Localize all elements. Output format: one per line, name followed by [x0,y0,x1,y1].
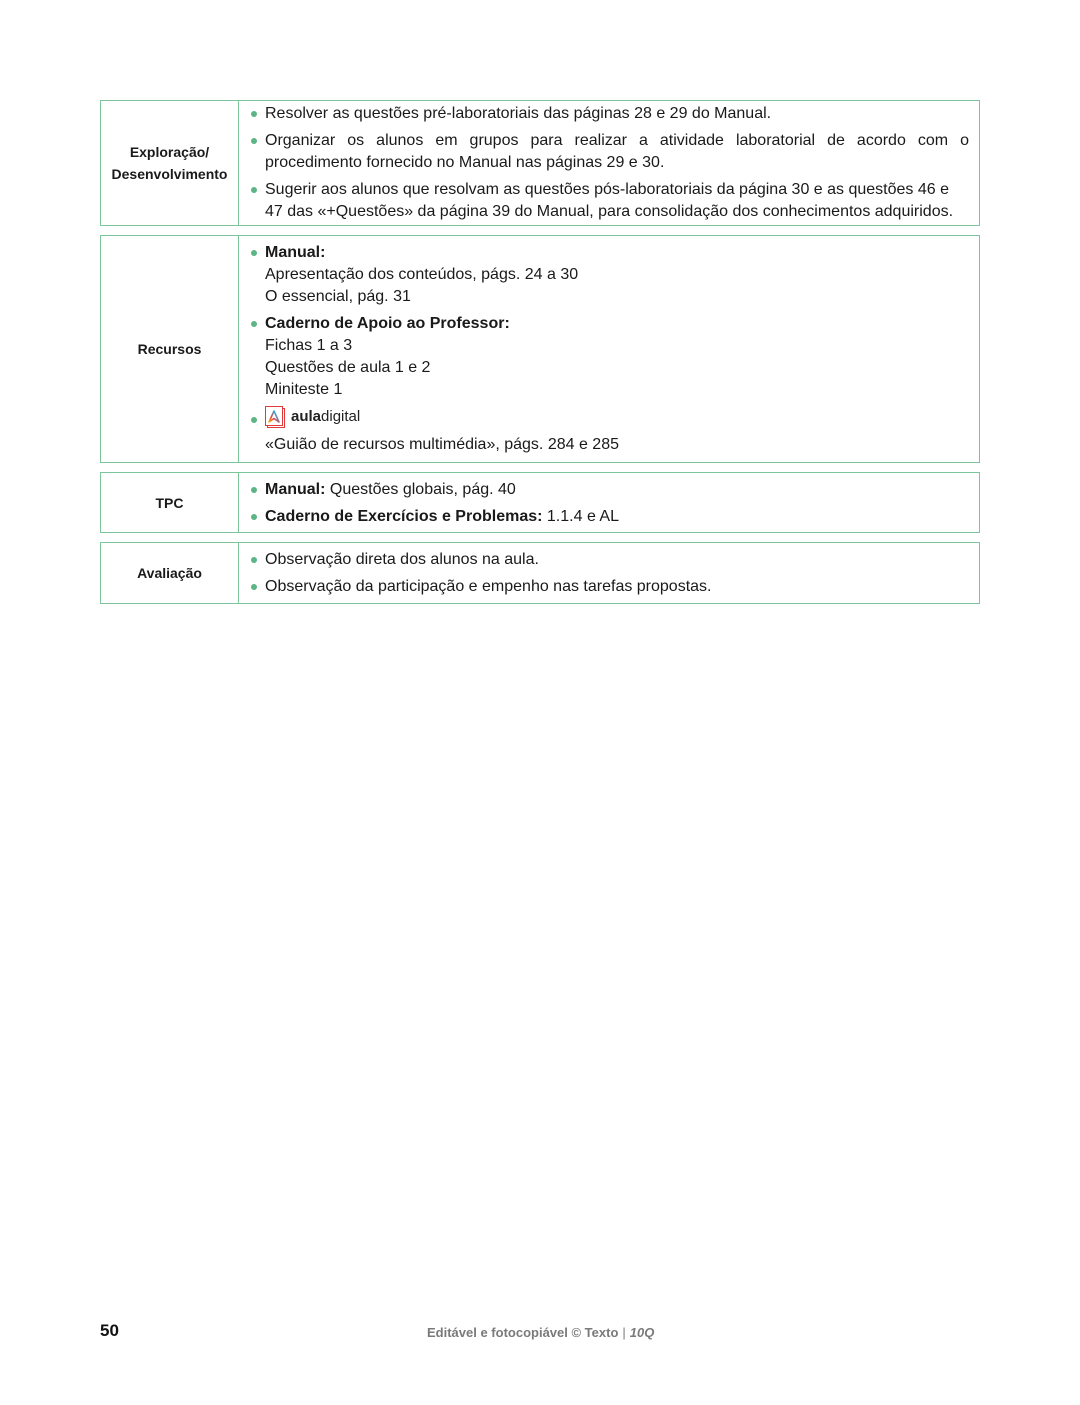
bullet-icon [251,557,257,563]
list-item: auladigital «Guião de recursos multimédi… [251,406,969,456]
item-line: O essencial, pág. 31 [265,286,969,308]
footer-separator: | [622,1325,625,1340]
list-item: Organizar os alunos em grupos para reali… [251,130,969,174]
list-item: Observação direta dos alunos na aula. [251,549,969,571]
section-label-line: Desenvolvimento [112,163,228,185]
item-line: Miniteste 1 [265,379,969,401]
section-content: Manual: Apresentação dos conteúdos, págs… [239,236,979,462]
aula-digital-logo-row: auladigital [265,406,969,434]
item-line: «Guião de recursos multimédia», págs. 28… [265,434,969,456]
aula-digital-wordmark: auladigital [291,406,360,428]
section-recursos: Recursos Manual: Apresentação dos conteú… [100,235,980,463]
item-heading: Manual: [265,242,969,264]
bullet-icon [251,111,257,117]
section-exploracao-desenvolvimento: Exploração/ Desenvolvimento Resolver as … [100,100,980,226]
section-label-line: Exploração/ [112,141,228,163]
section-label: TPC [101,473,239,532]
item-line: Fichas 1 a 3 [265,335,969,357]
item-text: Sugerir aos alunos que resolvam as quest… [265,181,953,220]
item-text: Questões globais, pág. 40 [330,481,516,498]
book-code: 10Q [630,1325,655,1340]
bullet-icon [251,250,257,256]
item-heading: Caderno de Exercícios e Problemas: [265,508,542,525]
item-heading: Manual: [265,481,325,498]
item-text: Resolver as questões pré-laboratoriais d… [265,105,771,122]
bullet-icon [251,584,257,590]
section-content: Observação direta dos alunos na aula. Ob… [239,543,979,603]
item-text: Observação direta dos alunos na aula. [265,551,539,568]
copyright-text: Editável e fotocopiável © Texto [427,1325,618,1340]
item-text: Organizar os alunos em grupos para reali… [265,132,969,171]
section-label: Recursos [101,236,239,462]
bullet-icon [251,417,257,423]
section-content: Manual: Questões globais, pág. 40 Cadern… [239,473,979,532]
section-tpc: TPC Manual: Questões globais, pág. 40 Ca… [100,472,980,533]
list-item: Sugerir aos alunos que resolvam as quest… [251,179,969,223]
section-avaliacao: Avaliação Observação direta dos alunos n… [100,542,980,604]
section-content: Resolver as questões pré-laboratoriais d… [239,101,979,225]
list-item: Caderno de Apoio ao Professor: Fichas 1 … [251,313,969,401]
section-label: Exploração/ Desenvolvimento [101,101,239,225]
list-item: Resolver as questões pré-laboratoriais d… [251,103,969,125]
section-label: Avaliação [101,543,239,603]
list-item: Observação da participação e empenho nas… [251,576,969,598]
item-line: Questões de aula 1 e 2 [265,357,969,379]
bullet-icon [251,487,257,493]
item-heading: Caderno de Apoio ao Professor: [265,313,969,335]
list-item: Manual: Apresentação dos conteúdos, págs… [251,242,969,308]
bullet-icon [251,187,257,193]
bullet-icon [251,321,257,327]
footer-copyright: Editável e fotocopiável © Texto|10Q [427,1325,654,1340]
item-text: Observação da participação e empenho nas… [265,578,712,595]
page-number: 50 [100,1321,119,1341]
list-item: Manual: Questões globais, pág. 40 [251,479,969,501]
list-item: Caderno de Exercícios e Problemas: 1.1.4… [251,506,969,528]
bullet-icon [251,514,257,520]
item-line: Apresentação dos conteúdos, págs. 24 a 3… [265,264,969,286]
aula-digital-logo-icon [265,406,285,428]
item-text: 1.1.4 e AL [547,508,619,525]
aula-digital-logo: auladigital [265,406,360,428]
bullet-icon [251,138,257,144]
